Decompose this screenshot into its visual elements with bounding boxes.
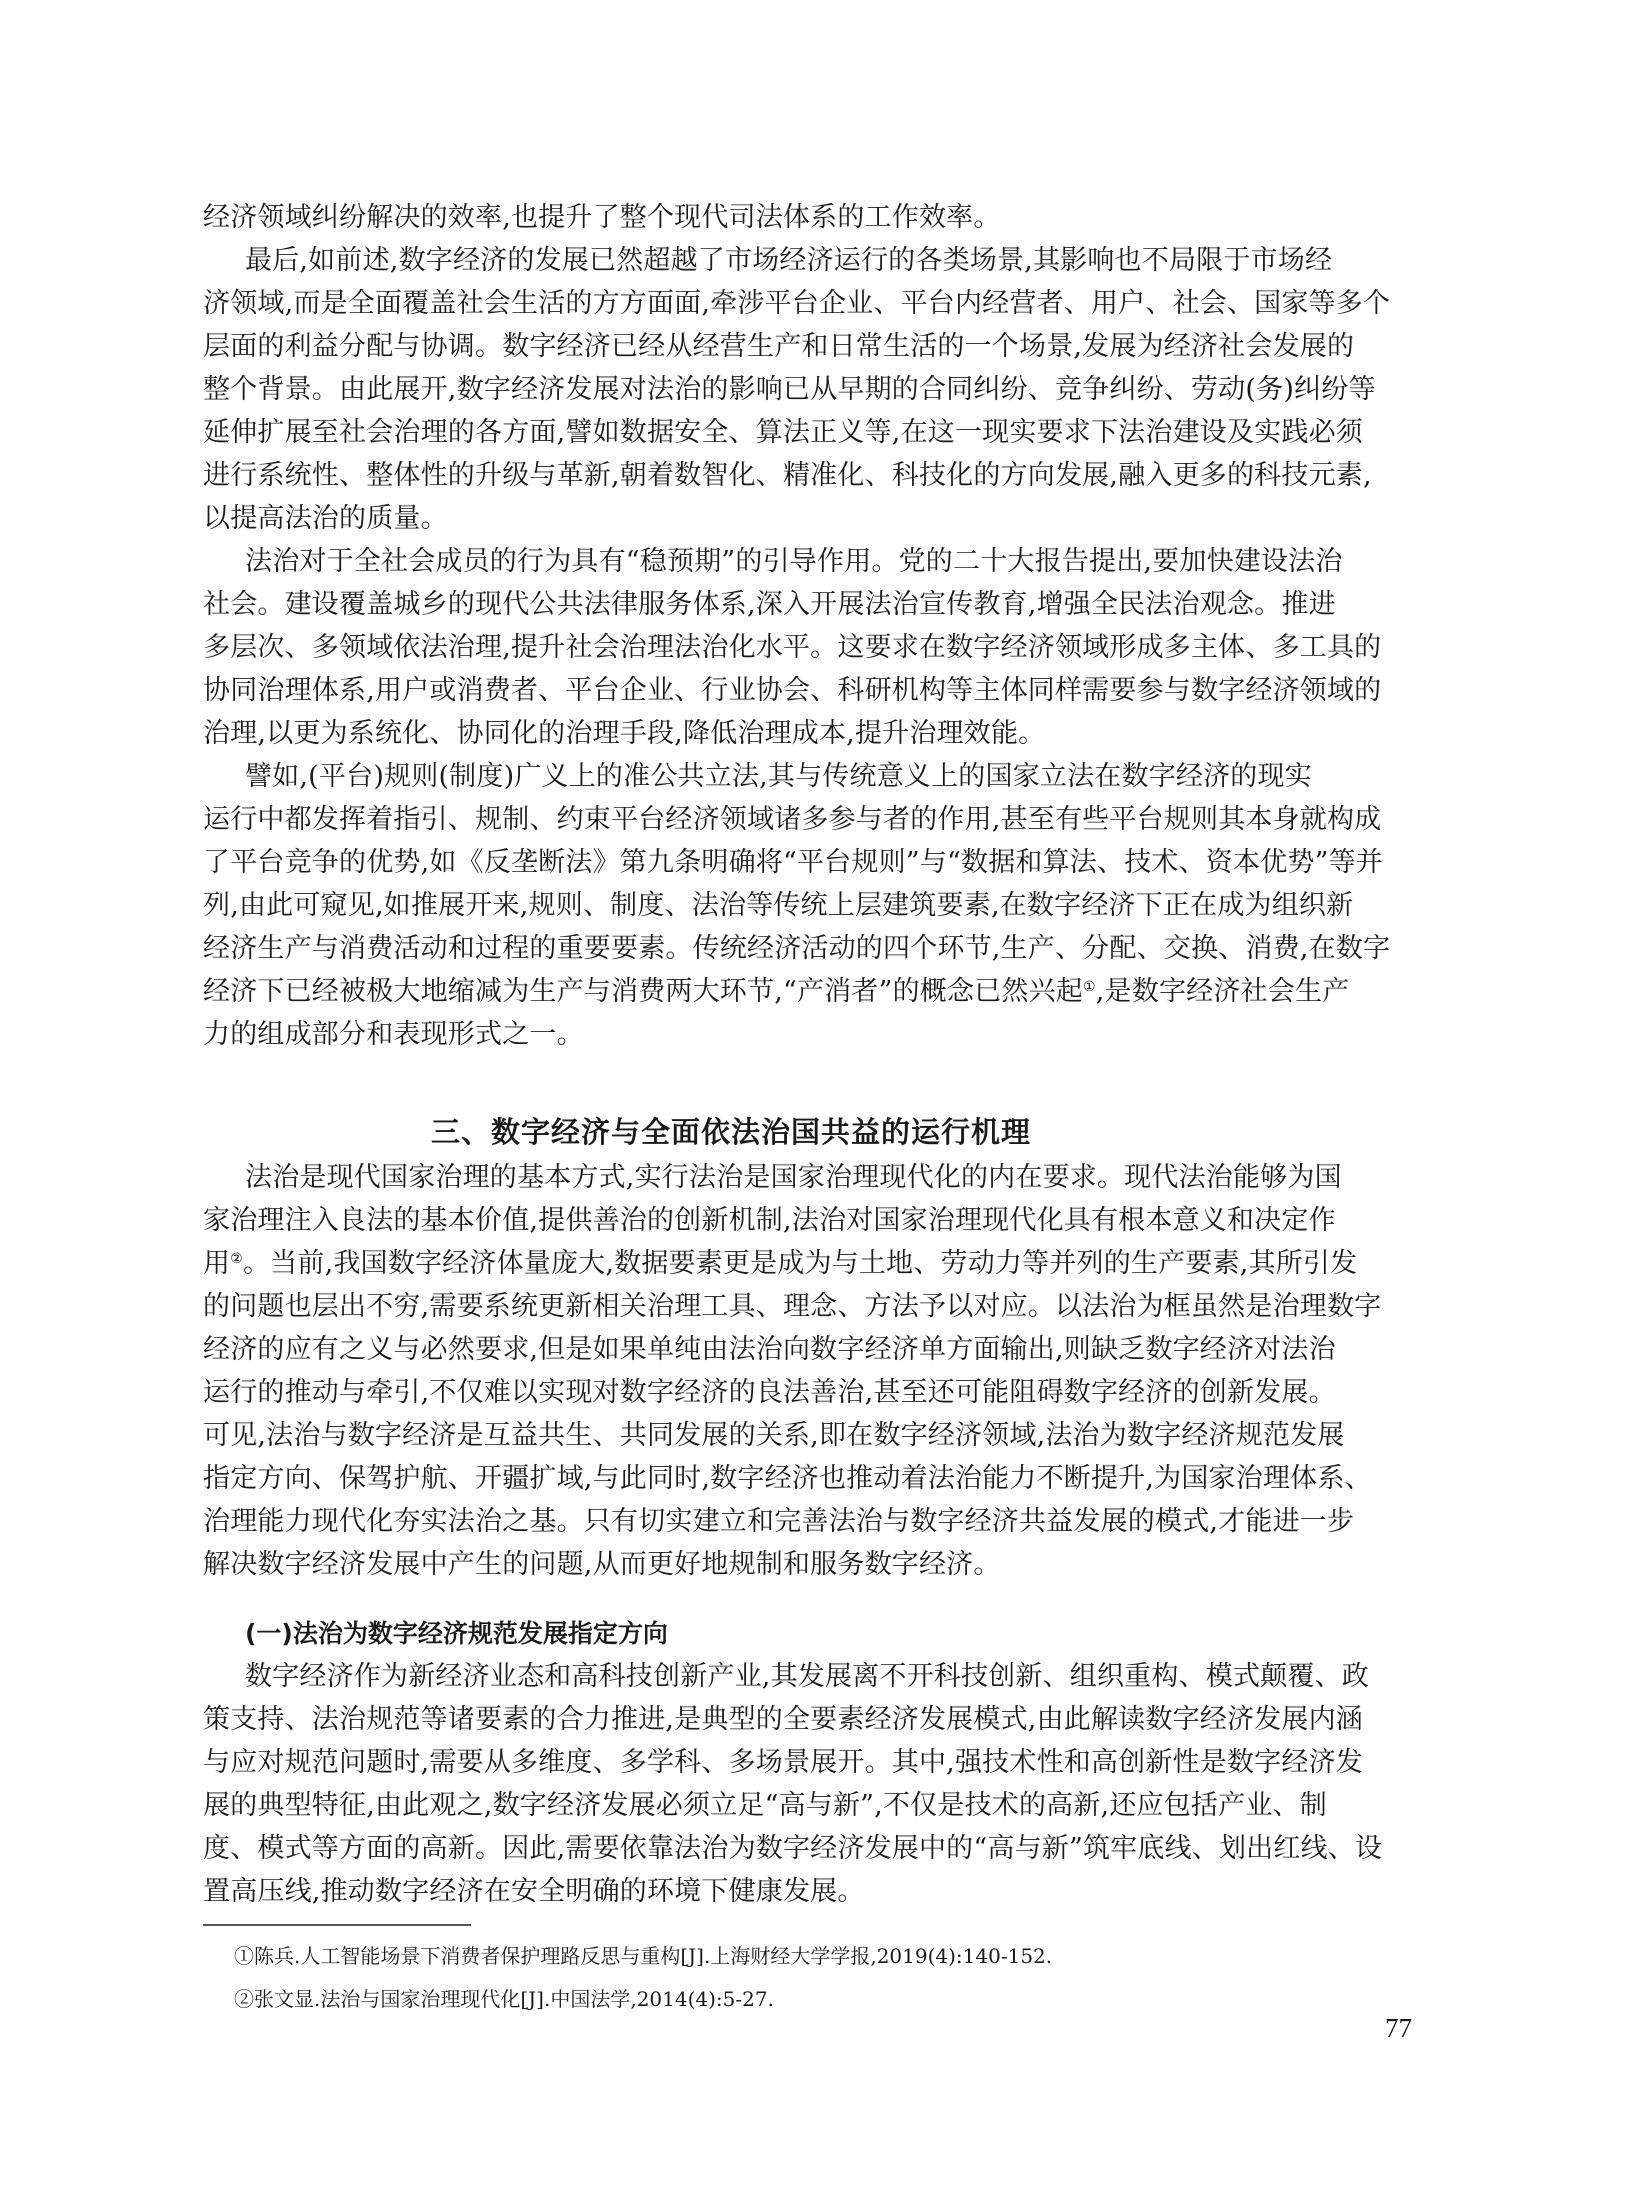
page-number: 77 — [1385, 2013, 1412, 2044]
paragraph-line: 列,由此可窥见,如推展开来,规则、制度、法治等传统上层建筑要素,在数字经济下正在… — [203, 884, 1259, 927]
paragraph-line: 家治理注入良法的基本价值,提供善治的创新机制,法治对国家治理现代化具有根本意义和… — [203, 1199, 1259, 1242]
paragraph-line: 社会。建设覆盖城乡的现代公共法律服务体系,深入开展法治宣传教育,增强全民法治观念… — [203, 583, 1259, 626]
journal-page: 经济领域纠纷解决的效率,也提升了整个现代司法体系的工作效率。最后,如前述,数字经… — [0, 0, 1632, 2199]
paragraph-line: 用②。当前,我国数字经济体量庞大,数据要素更是成为与土地、劳动力等并列的生产要素… — [203, 1242, 1259, 1285]
paragraph-line: 以提高法治的质量。 — [203, 497, 1259, 540]
paragraph-line: 最后,如前述,数字经济的发展已然超越了市场经济运行的各类场景,其影响也不局限于市… — [203, 239, 1259, 282]
paragraph-line: 运行中都发挥着指引、规制、约束平台经济领域诸多参与者的作用,甚至有些平台规则其本… — [203, 798, 1259, 841]
paragraph-line: 的问题也层出不穷,需要系统更新相关治理工具、理念、方法予以对应。以法治为框虽然是… — [203, 1285, 1259, 1328]
body-text-block-2: 法治是现代国家治理的基本方式,实行法治是国家治理现代化的内在要求。现代法治能够为… — [203, 1156, 1259, 1586]
paragraph-line: 置高压线,推动数字经济在安全明确的环境下健康发展。 — [203, 1870, 1259, 1913]
paragraph-line: 可见,法治与数字经济是互益共生、共同发展的关系,即在数字经济领域,法治为数字经济… — [203, 1414, 1259, 1457]
paragraph-line: 协同治理体系,用户或消费者、平台企业、行业协会、科研机构等主体同样需要参与数字经… — [203, 669, 1259, 712]
body-text-block-3: 数字经济作为新经济业态和高科技创新产业,其发展离不开科技创新、组织重构、模式颠覆… — [203, 1655, 1259, 1913]
paragraph-line: 层面的利益分配与协调。数字经济已经从经营生产和日常生活的一个场景,发展为经济社会… — [203, 325, 1259, 368]
paragraph-line: 经济生产与消费活动和过程的重要要素。传统经济活动的四个环节,生产、分配、交换、消… — [203, 927, 1259, 970]
body-text-block-1: 经济领域纠纷解决的效率,也提升了整个现代司法体系的工作效率。最后,如前述,数字经… — [203, 196, 1259, 1056]
paragraph-line: 经济的应有之义与必然要求,但是如果单纯由法治向数字经济单方面输出,则缺乏数字经济… — [203, 1328, 1259, 1371]
paragraph-line: 了平台竞争的优势,如《反垄断法》第九条明确将“平台规则”与“数据和算法、技术、资… — [203, 841, 1259, 884]
paragraph-line: 进行系统性、整体性的升级与革新,朝着数智化、精准化、科技化的方向发展,融入更多的… — [203, 454, 1259, 497]
paragraph-line: 经济下已经被极大地缩减为生产与消费两大环节,“产消者”的概念已然兴起①,是数字经… — [203, 970, 1259, 1013]
footnote-divider — [203, 1924, 471, 1926]
footnotes: ①陈兵.人工智能场景下消费者保护理路反思与重构[J].上海财经大学学报,2019… — [234, 1935, 1052, 2021]
paragraph-line: 运行的推动与牵引,不仅难以实现对数字经济的良法善治,甚至还可能阻碍数字经济的创新… — [203, 1371, 1259, 1414]
paragraph-line: 多层次、多领域依法治理,提升社会治理法治化水平。这要求在数字经济领域形成多主体、… — [203, 626, 1259, 669]
paragraph-line: 力的组成部分和表现形式之一。 — [203, 1013, 1259, 1056]
footnote-marker[interactable]: ① — [1083, 979, 1096, 995]
footnote-marker[interactable]: ② — [230, 1251, 243, 1267]
paragraph-line: 治理,以更为系统化、协同化的治理手段,降低治理成本,提升治理效能。 — [203, 712, 1259, 755]
footnote-2: ②张文显.法治与国家治理现代化[J].中国法学,2014(4):5-27. — [234, 1978, 1052, 2021]
paragraph-line: 解决数字经济发展中产生的问题,从而更好地规制和服务数字经济。 — [203, 1543, 1259, 1586]
paragraph-line: 法治是现代国家治理的基本方式,实行法治是国家治理现代化的内在要求。现代法治能够为… — [203, 1156, 1259, 1199]
paragraph-line: 数字经济作为新经济业态和高科技创新产业,其发展离不开科技创新、组织重构、模式颠覆… — [203, 1655, 1259, 1698]
paragraph-line: 法治对于全社会成员的行为具有“稳预期”的引导作用。党的二十大报告提出,要加快建设… — [203, 540, 1259, 583]
paragraph-line: 譬如,(平台)规则(制度)广义上的准公共立法,其与传统意义上的国家立法在数字经济… — [203, 755, 1259, 798]
paragraph-line: 治理能力现代化夯实法治之基。只有切实建立和完善法治与数字经济共益发展的模式,才能… — [203, 1500, 1259, 1543]
paragraph-line: 整个背景。由此展开,数字经济发展对法治的影响已从早期的合同纠纷、竞争纠纷、劳动(… — [203, 368, 1259, 411]
footnote-1: ①陈兵.人工智能场景下消费者保护理路反思与重构[J].上海财经大学学报,2019… — [234, 1935, 1052, 1978]
paragraph-line: 经济领域纠纷解决的效率,也提升了整个现代司法体系的工作效率。 — [203, 196, 1259, 239]
paragraph-line: 延伸扩展至社会治理的各方面,譬如数据安全、算法正义等,在这一现实要求下法治建设及… — [203, 411, 1259, 454]
paragraph-line: 与应对规范问题时,需要从多维度、多学科、多场景展开。其中,强技术性和高创新性是数… — [203, 1741, 1259, 1784]
section-heading: 三、数字经济与全面依法治国共益的运行机理 — [203, 1110, 1259, 1154]
paragraph-line: 策支持、法治规范等诸要素的合力推进,是典型的全要素经济发展模式,由此解读数字经济… — [203, 1698, 1259, 1741]
paragraph-line: 度、模式等方面的高新。因此,需要依靠法治为数字经济发展中的“高与新”筑牢底线、划… — [203, 1827, 1259, 1870]
sub-heading: (一)法治为数字经济规范发展指定方向 — [245, 1612, 668, 1655]
paragraph-line: 展的典型特征,由此观之,数字经济发展必须立足“高与新”,不仅是技术的高新,还应包… — [203, 1784, 1259, 1827]
paragraph-line: 济领域,而是全面覆盖社会生活的方方面面,牵涉平台企业、平台内经营者、用户、社会、… — [203, 282, 1259, 325]
paragraph-line: 指定方向、保驾护航、开疆扩域,与此同时,数字经济也推动着法治能力不断提升,为国家… — [203, 1457, 1259, 1500]
